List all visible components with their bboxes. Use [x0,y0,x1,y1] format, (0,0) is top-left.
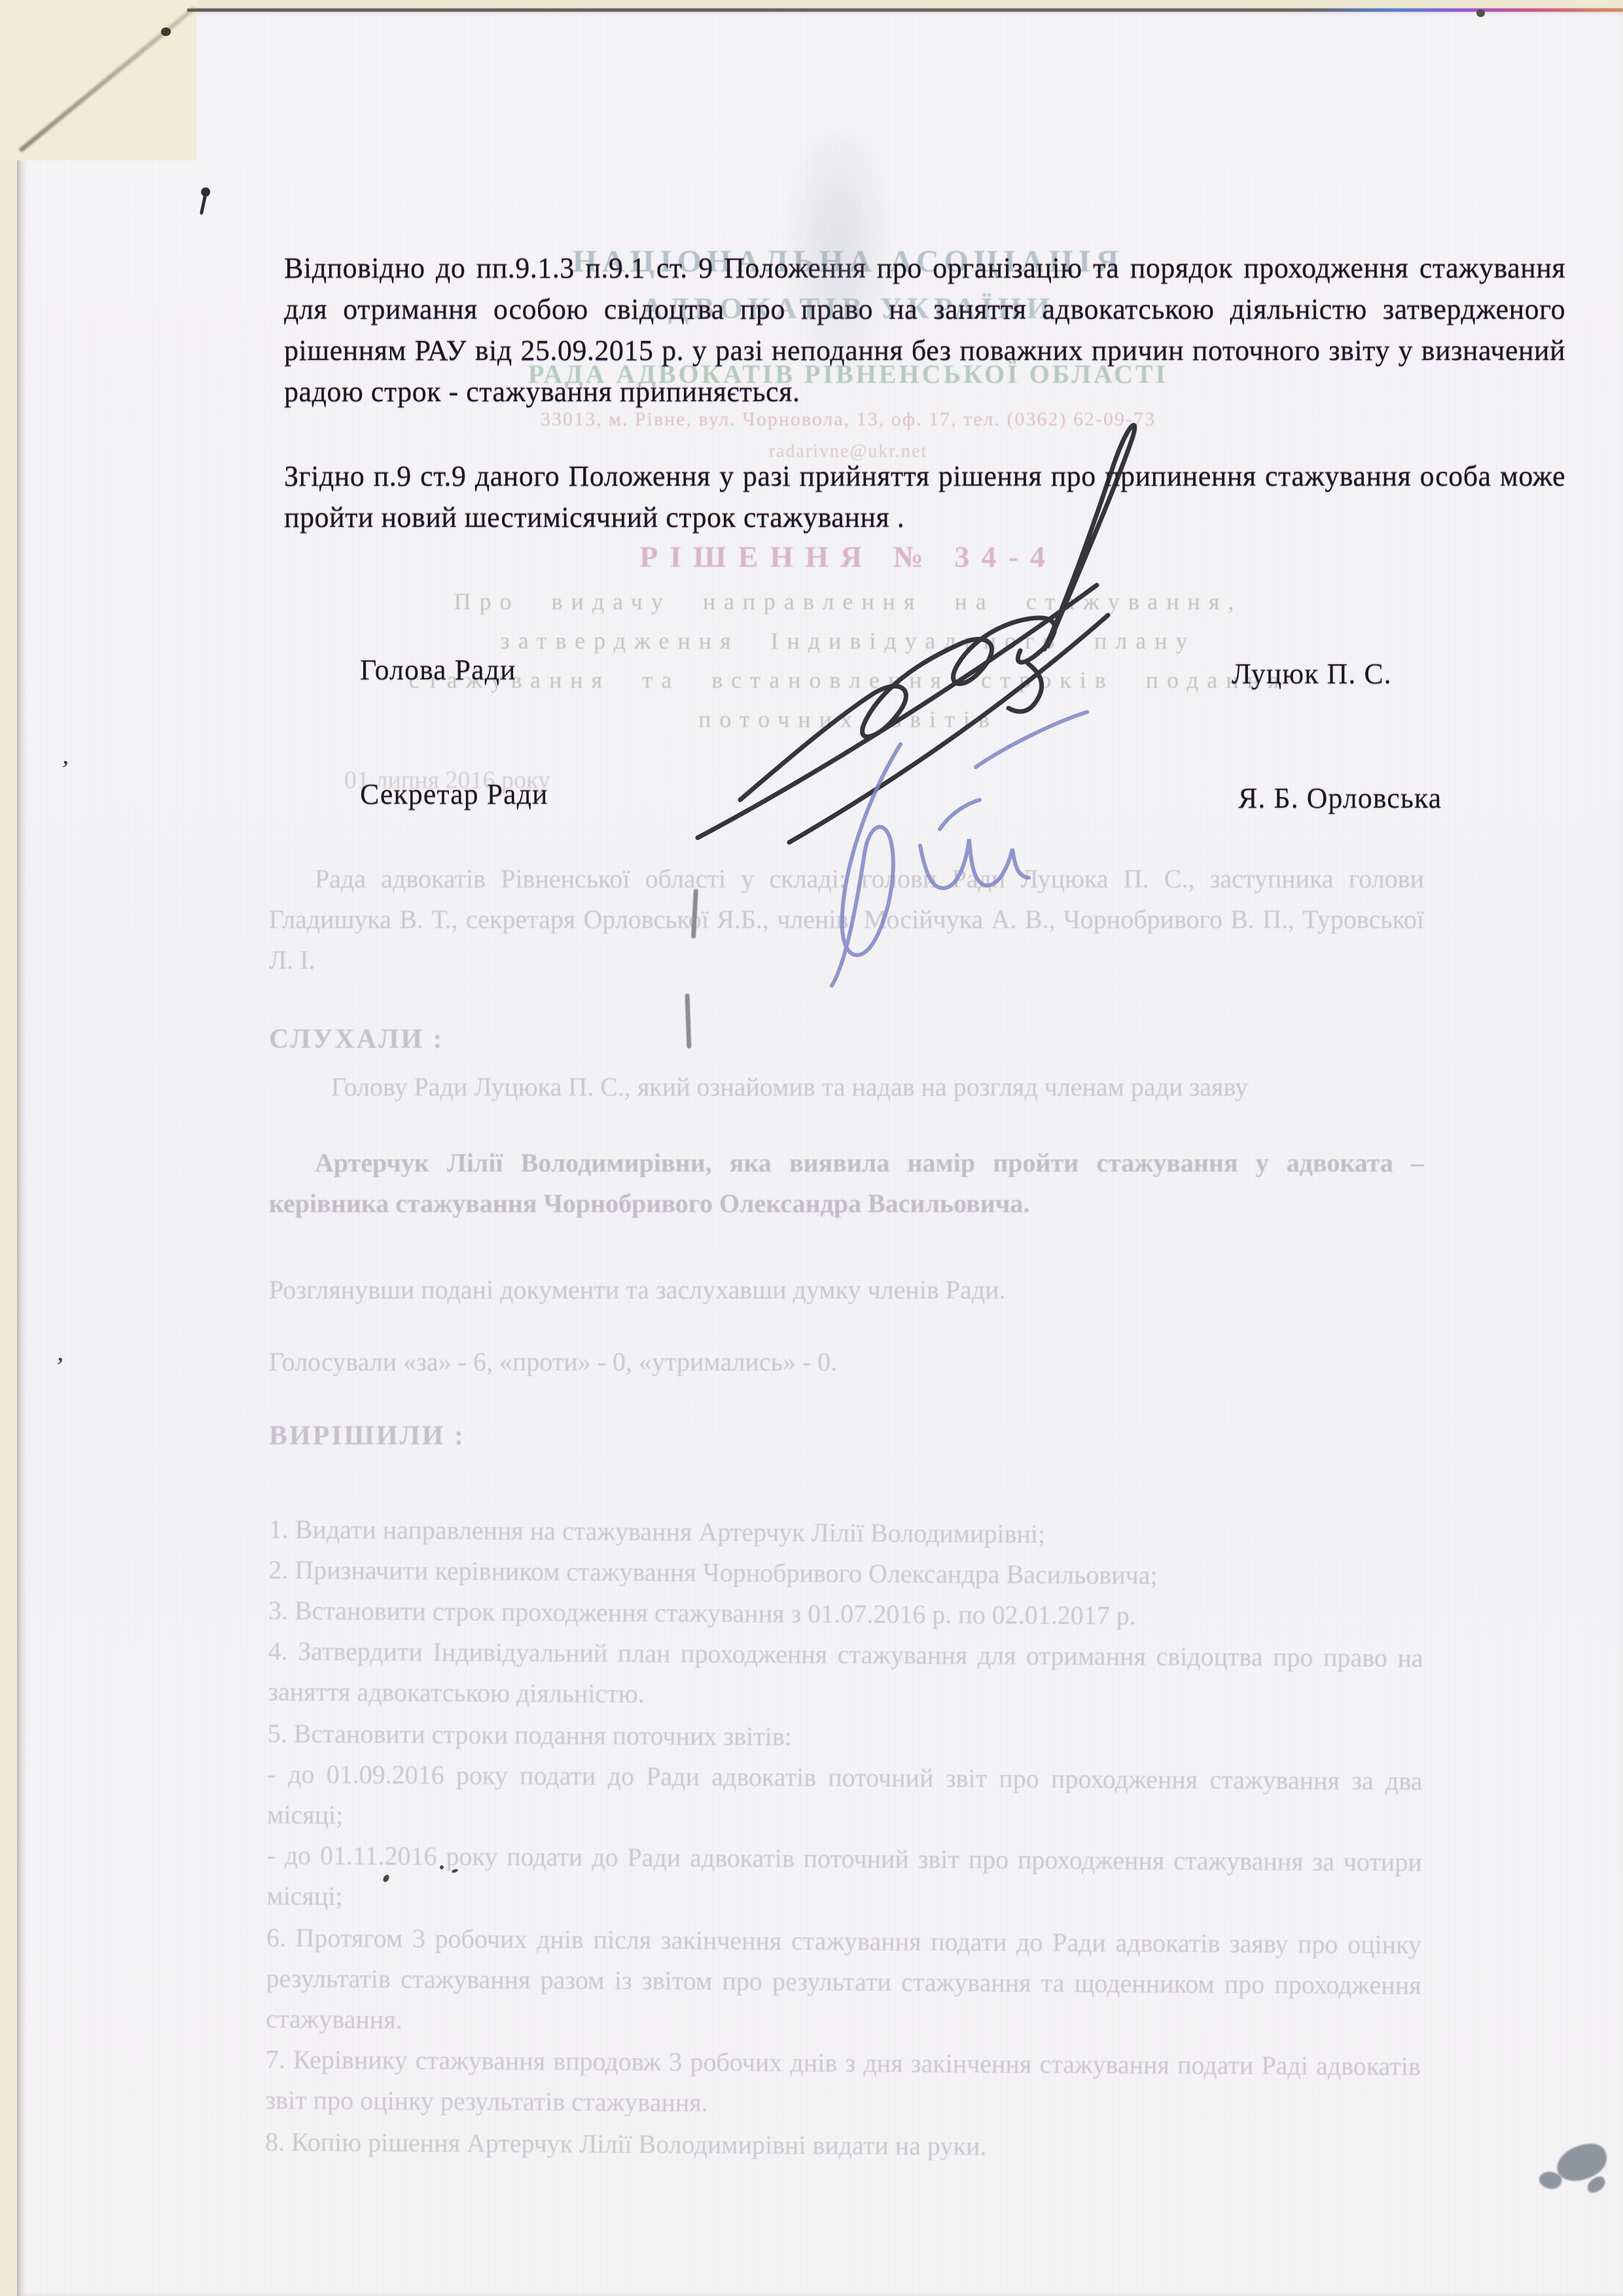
bleed-item: - до 01.09.2016 року подати до Ради адво… [267,1754,1423,1842]
bleed-item: 2. Призначити керівником стажування Чорн… [268,1550,1423,1598]
secretary-signature [779,682,1107,990]
bleed-item: 8. Копію рішення Артерчук Лілії Володими… [265,2122,1420,2170]
scanned-document: { "page": { "main_paragraph_1": "Відпові… [0,0,1623,2296]
main-paragraph-1: Відповідно до пп.9.1.3 п.9.1 ст. 9 Полож… [284,247,1565,412]
bleed-item: 1. Видати направлення на стажування Арте… [269,1509,1424,1557]
bleed-heard-label: СЛУХАЛИ : [269,1024,444,1055]
chairman-role-label: Голова Ради [360,653,516,687]
scan-edge-line [187,9,1623,12]
bleed-item: 7. Керівнику стажування впродовж 3 робоч… [265,2039,1421,2128]
secretary-name: Я. Б. Орловська [1238,781,1442,815]
bleed-item: 4. Затвердити Індивідуальний план проход… [268,1631,1423,1719]
dirt-specks [383,1865,469,1895]
bleed-considered-text: Розглянувши подані документи та заслухав… [269,1270,1424,1310]
bleed-item: 6. Протягом 3 робочих днів після закінче… [266,1918,1421,2047]
ink-mark [200,195,207,215]
folded-page-corner [0,0,196,160]
bleed-item: 3. Встановити строк проходження стажуван… [268,1590,1423,1638]
pen-stray-stroke [685,994,692,1049]
bleed-heard-text: Голову Ради Луцюка П. С., який ознайомив… [269,1067,1424,1107]
pen-stray-stroke [691,889,698,939]
stray-mark: ’ [58,753,71,785]
bleed-item: 5. Встановити строки подання поточних зв… [268,1713,1423,1761]
staple-dot [161,27,171,36]
scan-smudge [783,135,894,384]
bleed-resolved-label: ВИРІШИЛИ : [269,1420,465,1452]
staple-dot [1476,9,1485,17]
stray-mark: ’ [53,1350,66,1382]
paper-sheet: НАЦІОНАЛЬНА АСОЦІАЦІЯ АДВОКАТІВ УКРАЇНИ … [17,8,1623,2296]
chairman-name: Луцюк П. С. [1232,657,1392,691]
bleed-applicant-text: Артерчук Лілії Володимирівни, яка виявил… [269,1143,1424,1224]
bleed-voting-text: Голосували «за» - 6, «проти» - 0, «утрим… [269,1342,1424,1382]
secretary-role-label: Секретар Ради [360,778,548,811]
